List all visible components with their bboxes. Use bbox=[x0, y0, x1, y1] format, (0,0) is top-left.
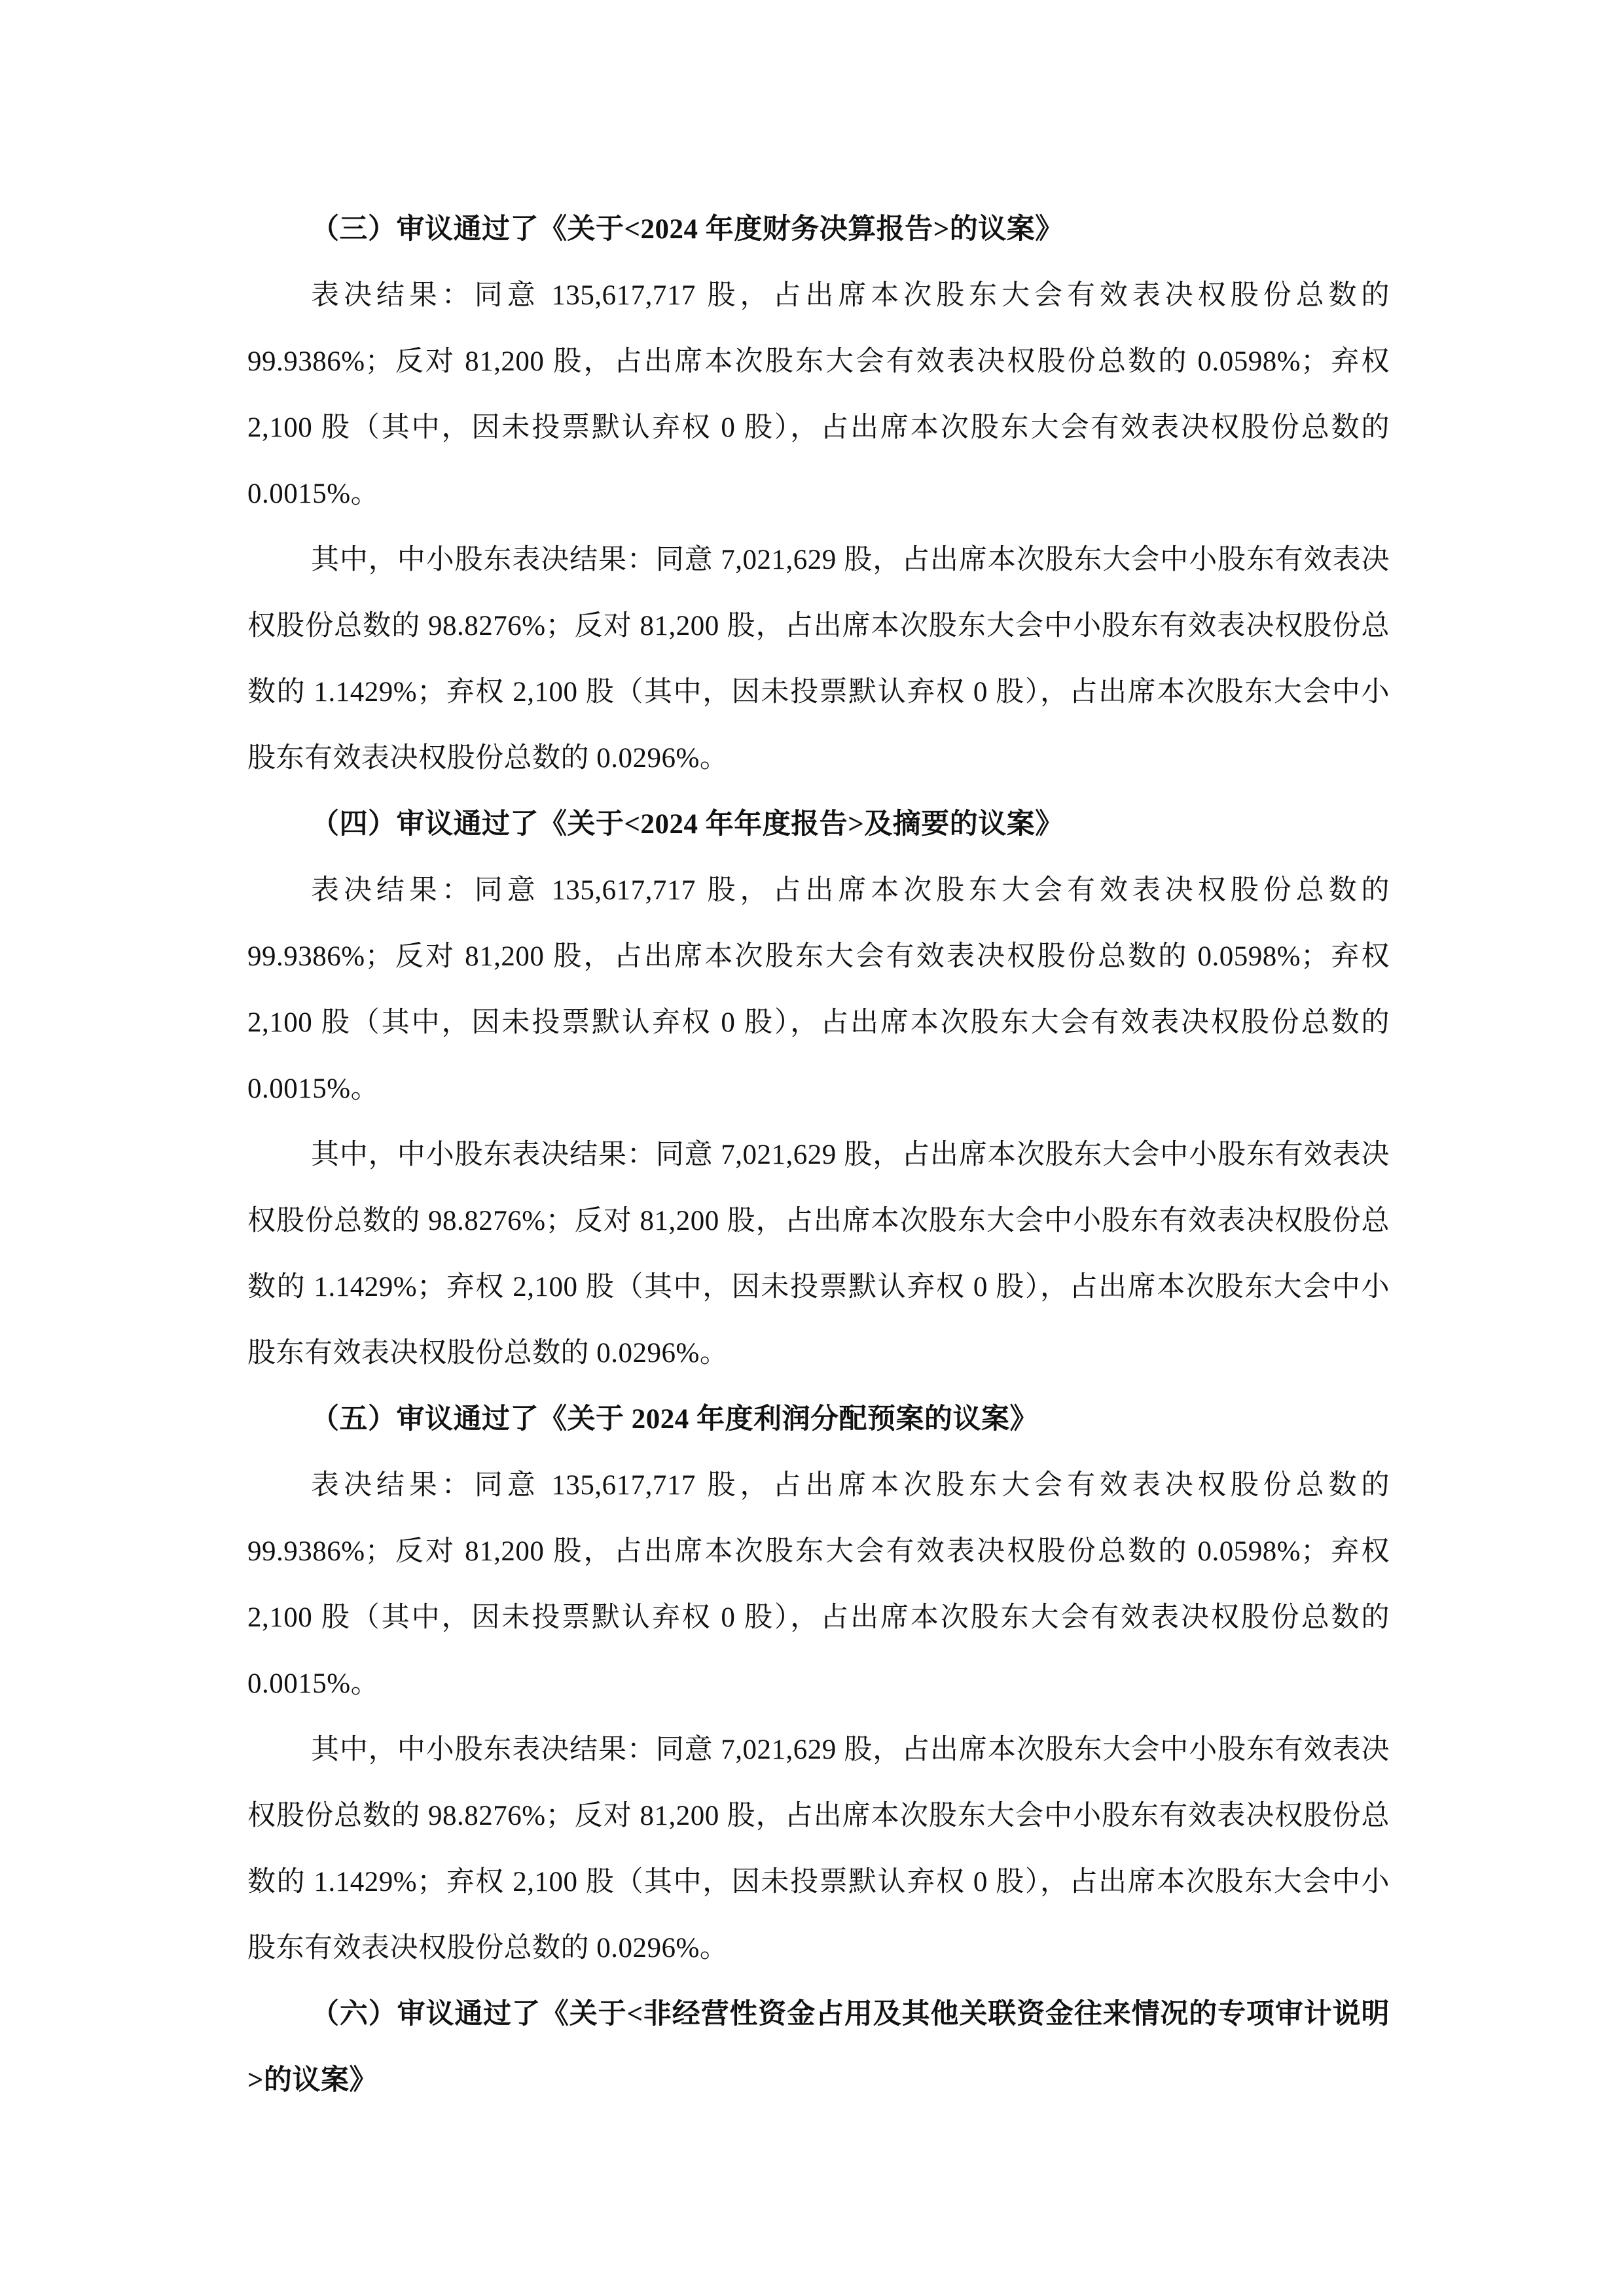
section-6: （六）审议通过了《关于<非经营性资金占用及其他关联资金往来情况的专项审计说明>的… bbox=[247, 1981, 1390, 2113]
section-3: （三）审议通过了《关于<2024 年度财务决算报告>的议案》 表决结果：同意 1… bbox=[247, 196, 1390, 791]
vote-result-minority: 其中，中小股东表决结果：同意 7,021,629 股，占出席本次股东大会中小股东… bbox=[247, 1717, 1390, 1981]
vote-result-minority: 其中，中小股东表决结果：同意 7,021,629 股，占出席本次股东大会中小股东… bbox=[247, 527, 1390, 791]
section-heading: （四）审议通过了《关于<2024 年年度报告>及摘要的议案》 bbox=[247, 791, 1390, 857]
vote-result-total: 表决结果：同意 135,617,717 股，占出席本次股东大会有效表决权股份总数… bbox=[247, 262, 1390, 527]
section-4: （四）审议通过了《关于<2024 年年度报告>及摘要的议案》 表决结果：同意 1… bbox=[247, 791, 1390, 1386]
vote-result-total: 表决结果：同意 135,617,717 股，占出席本次股东大会有效表决权股份总数… bbox=[247, 857, 1390, 1122]
vote-result-minority: 其中，中小股东表决结果：同意 7,021,629 股，占出席本次股东大会中小股东… bbox=[247, 1122, 1390, 1386]
section-heading: （三）审议通过了《关于<2024 年度财务决算报告>的议案》 bbox=[247, 196, 1390, 262]
section-5: （五）审议通过了《关于 2024 年度利润分配预案的议案》 表决结果：同意 13… bbox=[247, 1386, 1390, 1981]
section-heading: （五）审议通过了《关于 2024 年度利润分配预案的议案》 bbox=[247, 1386, 1390, 1452]
document-page: （三）审议通过了《关于<2024 年度财务决算报告>的议案》 表决结果：同意 1… bbox=[247, 196, 1390, 2113]
section-heading: （六）审议通过了《关于<非经营性资金占用及其他关联资金往来情况的专项审计说明>的… bbox=[247, 1981, 1390, 2113]
vote-result-total: 表决结果：同意 135,617,717 股，占出席本次股东大会有效表决权股份总数… bbox=[247, 1452, 1390, 1717]
